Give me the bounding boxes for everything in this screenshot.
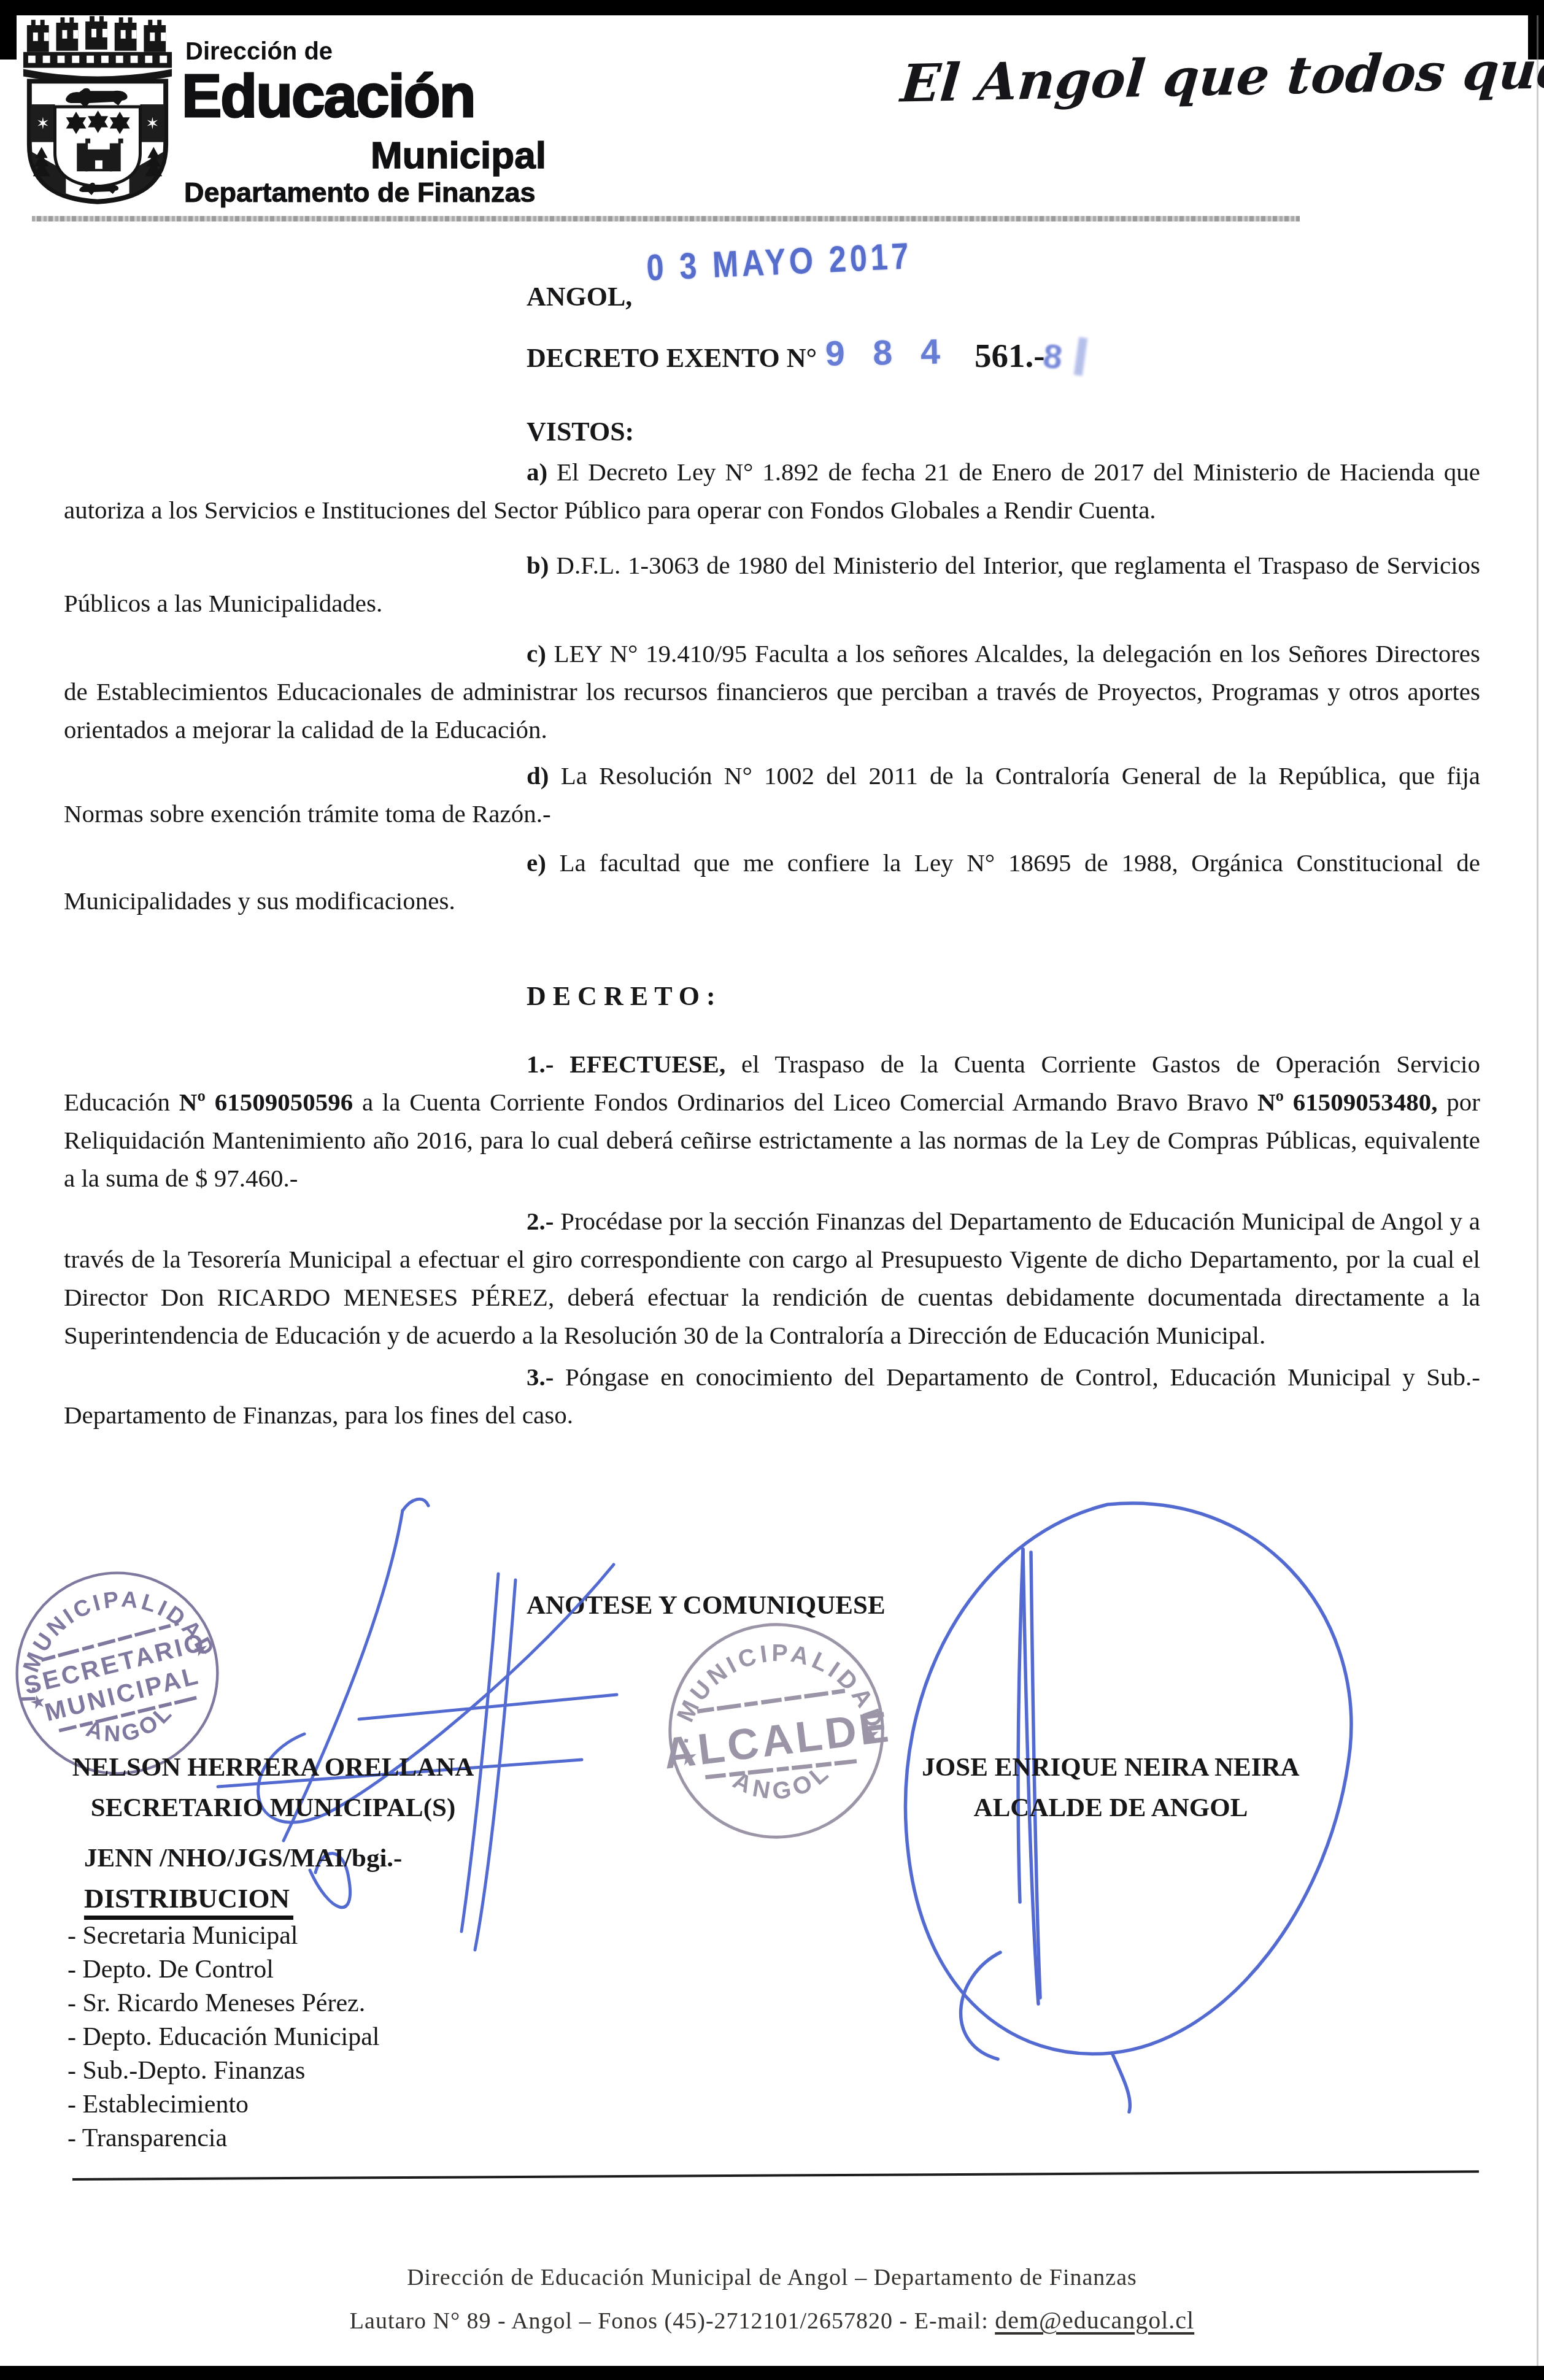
stamp-line1: SECRETARIO <box>21 1627 209 1700</box>
secretario-title: SECRETARIO MUNICIPAL(S) <box>61 1788 485 1828</box>
initials-line: JENN /NHO/JGS/MAI/bgi.- <box>84 1843 402 1873</box>
blue-ink-smudge-bar <box>1074 337 1087 375</box>
decreto-3-text: Póngase en conocimiento del Departamento… <box>64 1363 1480 1429</box>
decree-label: DECRETO EXENTO N° <box>527 342 817 374</box>
header-divider <box>32 216 1300 221</box>
svg-text:ANGOL: ANGOL <box>78 1695 182 1756</box>
distribution-list: - Secretaria Municipal - Depto. De Contr… <box>68 1919 380 2155</box>
visto-letter: e) <box>527 849 546 877</box>
alcalde-name: JOSE ENRIQUE NEIRA NEIRA <box>902 1747 1319 1788</box>
visto-letter: c) <box>527 639 546 668</box>
date-stamp: 0 3 MAYO 2017 <box>646 234 913 289</box>
header-departamento-finanzas: Departamento de Finanzas <box>184 177 536 209</box>
decreto-1-text: a la Cuenta Corriente Fondos Ordinarios … <box>353 1088 1257 1116</box>
secretario-name: NELSON HERRERA ORELLANA <box>61 1747 485 1788</box>
visto-text: D.F.L. 1-3063 de 1980 del Ministerio del… <box>64 551 1480 617</box>
municipal-crest-logo: ✶✶ <box>18 13 177 205</box>
distribution-item: - Transparencia <box>68 2122 380 2155</box>
account-number-destination: Nº 61509053480, <box>1257 1088 1438 1116</box>
city-slogan: El Angol que todos queremos <box>898 35 1544 114</box>
distribution-heading-text: DISTRIBUCION <box>84 1882 293 1920</box>
decreto-item-1: 1.- EFECTUESE, el Traspaso de la Cuenta … <box>64 1045 1480 1197</box>
header-educacion: Educación <box>182 61 475 131</box>
left-signatory-block: NELSON HERRERA ORELLANA SECRETARIO MUNIC… <box>61 1747 485 1828</box>
svg-text:✶: ✶ <box>36 115 50 133</box>
decreto-1-prefix: 1.- EFECTUESE, <box>527 1050 725 1078</box>
distribution-item: - Depto. De Control <box>68 1953 380 1987</box>
decreto-2-text: Procédase por la sección Finanzas del De… <box>64 1207 1480 1349</box>
visto-letter: d) <box>527 761 549 790</box>
visto-letter: b) <box>527 551 549 579</box>
footer-line1: Dirección de Educación Municipal de Ango… <box>0 2264 1544 2291</box>
footer-line2: Lautaro N° 89 - Angol – Fonos (45)-27121… <box>0 2306 1544 2335</box>
footer-email: dem@educangol.cl <box>995 2306 1194 2334</box>
anotese-order: ANOTESE Y COMUNIQUESE <box>527 1590 886 1620</box>
alcalde-title: ALCALDE DE ANGOL <box>902 1788 1319 1828</box>
svg-text:I. MUNICIPALIDAD: I. MUNICIPALIDAD <box>650 1604 890 1759</box>
footer-divider <box>72 2170 1479 2181</box>
visto-text: LEY N° 19.410/95 Faculta a los señores A… <box>64 639 1480 744</box>
decreto-heading: D E C R E T O : <box>527 980 716 1012</box>
svg-text:ANGOL: ANGOL <box>726 1755 840 1811</box>
visto-item-e: e) La facultad que me confiere la Ley N°… <box>64 844 1480 920</box>
visto-item-c: c) LEY N° 19.410/95 Faculta a los señore… <box>64 634 1480 749</box>
decreto-3-prefix: 3.- <box>527 1363 554 1391</box>
visto-text: La facultad que me confiere la Ley N° 18… <box>64 849 1480 915</box>
distribution-item: - Depto. Educación Municipal <box>68 2020 380 2054</box>
blue-ink-smudge: 8 <box>1041 336 1065 377</box>
stamp-arc-top: I. MUNICIPALIDAD <box>650 1604 890 1759</box>
distribution-heading: DISTRIBUCION <box>84 1882 293 1920</box>
visto-item-a: a) El Decreto Ley N° 1.892 de fecha 21 d… <box>64 453 1480 529</box>
distribution-item: - Sub.-Depto. Finanzas <box>68 2054 380 2088</box>
footer-address: Lautaro N° 89 - Angol – Fonos (45)-27121… <box>350 2308 995 2334</box>
stamp-star-left-icon: ★ <box>677 1744 700 1771</box>
scan-edge-bottom <box>0 2366 1544 2380</box>
decreto-2-prefix: 2.- <box>527 1207 554 1235</box>
scan-line-right <box>1537 15 1538 2366</box>
visto-item-d: d) La Resolución N° 1002 del 2011 de la … <box>64 757 1480 833</box>
decree-number-stamp: 9 8 4 <box>825 331 949 374</box>
decreto-item-3: 3.- Póngase en conocimiento del Departam… <box>64 1358 1480 1434</box>
right-signatory-block: JOSE ENRIQUE NEIRA NEIRA ALCALDE DE ANGO… <box>902 1747 1319 1828</box>
visto-item-b: b) D.F.L. 1-3063 de 1980 del Ministerio … <box>64 546 1480 622</box>
visto-text: La Resolución N° 1002 del 2011 de la Con… <box>64 761 1480 828</box>
vistos-heading: VISTOS: <box>527 416 634 447</box>
scanned-decree-page: ✶✶ <box>0 0 1544 2380</box>
distribution-item: - Sr. Ricardo Meneses Pérez. <box>68 1987 380 2020</box>
alcalde-stamp: I. MUNICIPALIDAD ALCALDE ★ ★ ANGOL <box>650 1604 903 1857</box>
place-label: ANGOL, <box>527 281 632 312</box>
visto-text: El Decreto Ley N° 1.892 de fecha 21 de E… <box>64 458 1480 524</box>
scan-edge-top <box>0 0 1544 15</box>
stamp-arc-top: I. MUNICIPALIDAD <box>0 1564 222 1708</box>
distribution-item: - Secretaria Municipal <box>68 1919 380 1953</box>
decree-internal-number: 561.- <box>975 336 1045 375</box>
account-number-origin: Nº 61509050596 <box>179 1088 353 1116</box>
stamp-arc-bottom: ANGOL <box>78 1695 182 1756</box>
header-municipal: Municipal <box>371 134 546 177</box>
visto-letter: a) <box>527 458 547 486</box>
stamp-line2: MUNICIPAL <box>42 1661 203 1727</box>
svg-text:✶: ✶ <box>145 115 159 133</box>
stamp-center: ALCALDE <box>661 1703 894 1779</box>
stamp-star-right-icon: ★ <box>859 1722 881 1749</box>
stamp-star-right-icon: ★ <box>191 1638 211 1661</box>
svg-text:I. MUNICIPALIDAD: I. MUNICIPALIDAD <box>0 1564 222 1708</box>
scan-edge-top-left <box>0 0 17 60</box>
decreto-item-2: 2.- Procédase por la sección Finanzas de… <box>64 1202 1480 1354</box>
stamp-arc-bottom: ANGOL <box>726 1755 840 1811</box>
stamp-star-left-icon: ★ <box>28 1691 48 1714</box>
distribution-item: - Establecimiento <box>68 2088 380 2122</box>
